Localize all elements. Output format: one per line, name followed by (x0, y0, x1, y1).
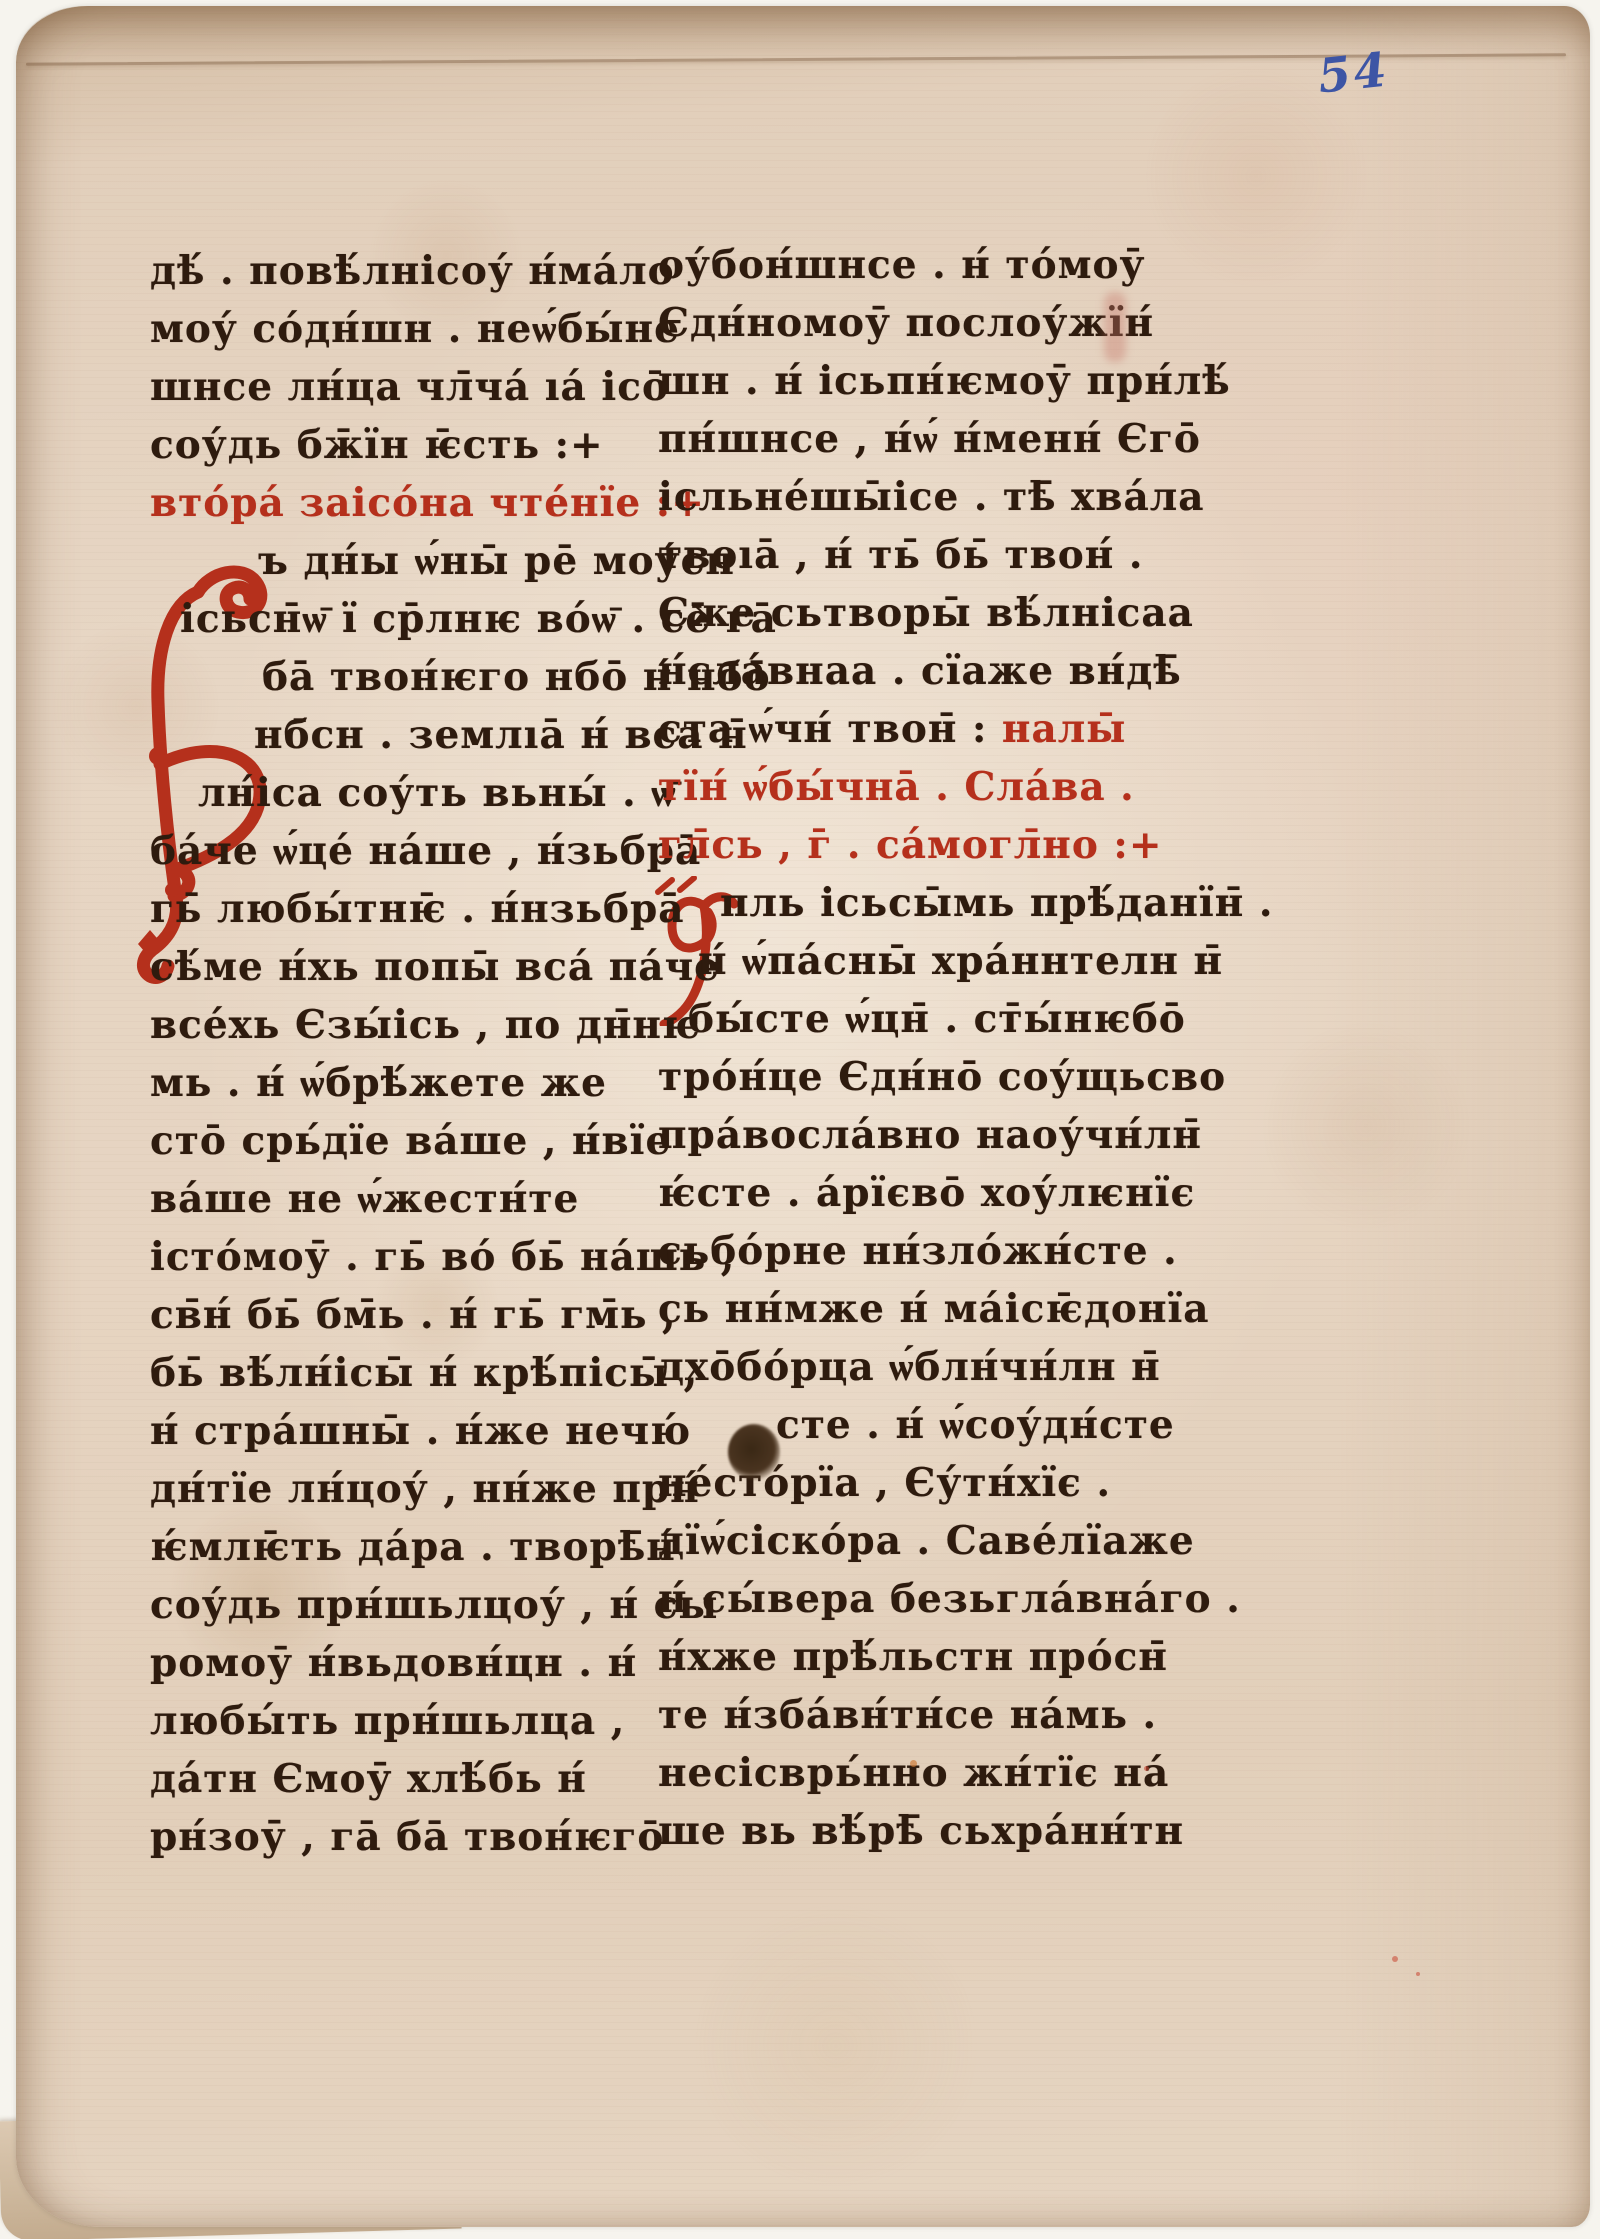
body-text: тро́н́це Єдн́но̄ соу́щьсво (658, 1054, 1226, 1100)
body-text: сте . н́ ѡ́соу́дн́сте (776, 1402, 1175, 1448)
manuscript-text-line: ѥ́сте . а́рїєво̄ хоу́лѥнїє (658, 1164, 1198, 1222)
rubric-text: вто́ра́ заісо́на чте́нїе :+ (150, 480, 705, 526)
manuscript-text-line: пль ісьсы̄мь прѣ́данїн̄ . (658, 874, 1198, 932)
manuscript-text-line: ісльне́шы̄ісе . тѣ̄ хва́ла (658, 468, 1198, 526)
manuscript-text-line: гл̄сь , г̄ . са́могл̄но :+ (658, 816, 1198, 874)
folio-number: 54 (1315, 42, 1392, 104)
manuscript-text-line: сто̄ срь́дїе ва́ше , н́вїе (150, 1112, 655, 1170)
manuscript-photo: 54 дѣ́ . повѣ́лнісоу́ н́ма́ломоу́ со́дн́… (0, 0, 1600, 2239)
manuscript-text-line: н́сла́внаа . сїаже вн́дѣ̄ (658, 642, 1198, 700)
manuscript-text-line: бь̄ вѣ́лн́ісы̄ н́ крѣ́пісы̄ , (150, 1344, 655, 1402)
manuscript-text-line: дн́тїе лн́цоу́ , нн́же прн́ (150, 1460, 655, 1518)
manuscript-text-line: сьбо́рне нн́зло́жн́сте . (658, 1222, 1198, 1280)
manuscript-text-line: ба̄ твон́ѥго нбо̄ н́ нбо̄ (150, 648, 655, 706)
body-text: ше вь вѣ́рѣ̄ сьхра́нн́тн (658, 1808, 1184, 1854)
manuscript-text-line: тїн́ ѡ́бы́чна̄ . Сла́ва . (658, 758, 1198, 816)
manuscript-text-line: бы́сте ѡ́цн̄ . ст̄ы́нѥбо̄ (658, 990, 1198, 1048)
ink-blot (728, 1424, 780, 1480)
body-text: св̄н́ бь̄ бм̄ь . н́ гь̄ гм̄ь , (150, 1292, 677, 1338)
manuscript-text-line: ба́че ѡ́це́ на́ше , н́зьбра̄ (150, 822, 655, 880)
stain-speck (1392, 1956, 1398, 1962)
manuscript-text-line: моу́ со́дн́шн . неѡ́бы́не (150, 300, 655, 358)
rubric-text: гл̄сь , г̄ . са́могл̄но :+ (658, 822, 1163, 868)
body-text: ста ѡ́чн́ твон̄ : (658, 706, 987, 752)
manuscript-text-line: ва́ше не ѡ́жестн́те (150, 1170, 655, 1228)
right-text-column: оу́бон́шнсе . н́ то́моӯЄдн́номоӯ послоу́… (658, 236, 1198, 1860)
manuscript-text-line: св̄н́ бь̄ бм̄ь . н́ гь̄ гм̄ь , (150, 1286, 655, 1344)
red-smudge (1104, 292, 1126, 362)
body-text: н́ стра́шны̄ . н́же нечю́ (150, 1408, 691, 1454)
body-text: оу́бон́шнсе . н́ то́моӯ (658, 242, 1145, 288)
manuscript-text-line: ѥ́млѥ̄ть да́ра . творѣ̄н́ (150, 1518, 655, 1576)
body-text: не́сто́рїа , Єу́тн́хїє . (658, 1460, 1111, 1506)
manuscript-text-line: мь . н́ ѡ́брѣ́жете же (150, 1054, 655, 1112)
body-text: дїѡ́сіско́ра . Саве́лїаже (658, 1518, 1195, 1564)
manuscript-text-line: сь нн́мже н́ ма́ісѥ̄донїа (658, 1280, 1198, 1338)
manuscript-text-line: н́ стра́шны̄ . н́же нечю́ (150, 1402, 655, 1460)
body-text: н́ ѡ́па́сны̄ хра́ннтелн н̄ (698, 938, 1223, 984)
manuscript-text-line: пн́шнсе , н́ѡ́ н́менн́ Єго̄ (658, 410, 1198, 468)
manuscript-text-line: дїѡ́сіско́ра . Саве́лїаже (658, 1512, 1198, 1570)
body-text: да́тн Ємоӯ хлѣ́бь н́ (150, 1756, 587, 1802)
manuscript-text-line: дѣ́ . повѣ́лнісоу́ н́ма́ло (150, 242, 655, 300)
stain-speck (1144, 1766, 1149, 1771)
body-text: н́хже прѣ́льстн про́сн̄ (658, 1634, 1168, 1680)
body-text: любы́ть прн́шьлца , (150, 1698, 625, 1744)
body-text: ісльне́шы̄ісе . тѣ̄ хва́ла (658, 474, 1205, 520)
manuscript-text-line: те н́зба́вн́тн́се на́мь . (658, 1686, 1198, 1744)
body-text: дѣ́ . повѣ́лнісоу́ н́ма́ло (150, 248, 675, 294)
manuscript-text-line: ромоӯ н́вьдовн́цн . н́ (150, 1634, 655, 1692)
body-text: рн́зоӯ , га̄ ба̄ твон́ѥго̄ (150, 1814, 664, 1860)
body-text: шнсе лн́ца чл̄ча́ ıа́ ісо̄ (150, 364, 669, 410)
manuscript-text-line: соу́дь бж̄їн ѥ̄сть :+ (150, 416, 655, 474)
body-text: пль ісьсы̄мь прѣ́данїн̄ . (720, 880, 1273, 926)
body-text: соу́дь прн́шьлцоу́ , н́ сы (150, 1582, 719, 1628)
body-text: дн́тїе лн́цоу́ , нн́же прн́ (150, 1466, 700, 1512)
body-text: сѣ́ме н́хь попы̄ вса́ па́че (150, 944, 720, 990)
manuscript-text-line: все́хь Єзы́ісь , по дн̄нѥ (150, 996, 655, 1054)
manuscript-text-line: оу́бон́шнсе . н́ то́моӯ (658, 236, 1198, 294)
body-text: твоıа̄ , н́ ть̄ бь̄ твон́ . (658, 532, 1143, 578)
manuscript-text-line: н́хже прѣ́льстн про́сн̄ (658, 1628, 1198, 1686)
manuscript-text-line: вто́ра́ заісо́на чте́нїе :+ (150, 474, 655, 532)
manuscript-text-line: ъ дн́ы ѡ́ны̄ ре̄ моу́сн (150, 532, 655, 590)
body-text: сто̄ срь́дїе ва́ше , н́вїе (150, 1118, 671, 1164)
body-text: Єдн́номоӯ послоу́жїн́ (658, 300, 1154, 346)
manuscript-text-line: тро́н́це Єдн́но̄ соу́щьсво (658, 1048, 1198, 1106)
body-text: моу́ со́дн́шн . неѡ́бы́не (150, 306, 680, 352)
body-text: сь нн́мже н́ ма́ісѥ̄донїа (658, 1286, 1210, 1332)
body-text: н́ сы́вера безьгла́вна́го . (658, 1576, 1241, 1622)
manuscript-text-line: твоıа̄ , н́ ть̄ бь̄ твон́ . (658, 526, 1198, 584)
manuscript-text-line: соу́дь прн́шьлцоу́ , н́ сы (150, 1576, 655, 1634)
manuscript-text-line: н́ ѡ́па́сны̄ хра́ннтелн н̄ (658, 932, 1198, 990)
rubric-text: тїн́ ѡ́бы́чна̄ . Сла́ва . (658, 764, 1135, 810)
body-text: пн́шнсе , н́ѡ́ н́менн́ Єго̄ (658, 416, 1201, 462)
body-text: гь̄ любы́тнѥ̄ . н́нзьбра̄ (150, 886, 685, 932)
body-text: ва́ше не ѡ́жестн́те (150, 1176, 579, 1222)
manuscript-text-line: пра́восла́вно наоу́чн́лн̄ (658, 1106, 1198, 1164)
body-text: пра́восла́вно наоу́чн́лн̄ (658, 1112, 1202, 1158)
body-text: лн́іса соу́ть вьны́ . ѡ̄ (198, 770, 676, 816)
body-text: ромоӯ н́вьдовн́цн . н́ (150, 1640, 637, 1686)
body-text: ба́че ѡ́це́ на́ше , н́зьбра̄ (150, 828, 701, 874)
body-text: бь̄ вѣ́лн́ісы̄ н́ крѣ́пісы̄ , (150, 1350, 698, 1396)
manuscript-text-line: несісврь́нно жн́тїє на́ (658, 1744, 1198, 1802)
manuscript-text-line: сѣ́ме н́хь попы̄ вса́ па́че (150, 938, 655, 996)
body-text: н́сла́внаа . сїаже вн́дѣ̄ (658, 648, 1182, 694)
manuscript-text-line: ісьсн̄ѡ̄ ї ср̄лнѥ во́ѡ̄ . се̄ га̄ (150, 590, 655, 648)
body-text: ѥ́сте . а́рїєво̄ хоу́лѥнїє (658, 1170, 1195, 1216)
body-text: несісврь́нно жн́тїє на́ (658, 1750, 1169, 1796)
manuscript-text-line: нб̄сн . землıа̄ н́ вса н̄ (150, 706, 655, 764)
manuscript-text-line: ше вь вѣ́рѣ̄ сьхра́нн́тн (658, 1802, 1198, 1860)
manuscript-text-line: дхо̄бо́рца ѡ́блн́чн́лн н̄ (658, 1338, 1198, 1396)
stain-speck (910, 1760, 917, 1767)
manuscript-text-line: гь̄ любы́тнѥ̄ . н́нзьбра̄ (150, 880, 655, 938)
body-text: істо́моӯ . гь̄ во́ бь̄ на́шь , (150, 1234, 735, 1280)
body-text: мь . н́ ѡ́брѣ́жете же (150, 1060, 607, 1106)
manuscript-text-line: любы́ть прн́шьлца , (150, 1692, 655, 1750)
left-text-column: дѣ́ . повѣ́лнісоу́ н́ма́ломоу́ со́дн́шн … (150, 242, 655, 1866)
manuscript-text-line: да́тн Ємоӯ хлѣ́бь н́ (150, 1750, 655, 1808)
body-text: все́хь Єзы́ісь , по дн̄нѥ (150, 1002, 701, 1048)
body-text: дхо̄бо́рца ѡ́блн́чн́лн н̄ (658, 1344, 1161, 1390)
manuscript-text-line: Єже сьтворы̄ вѣ́лнісаа (658, 584, 1198, 642)
manuscript-text-line: ста ѡ́чн́ твон̄ : налы̄ (658, 700, 1198, 758)
body-text: сьбо́рне нн́зло́жн́сте . (658, 1228, 1178, 1274)
manuscript-text-line: лн́іса соу́ть вьны́ . ѡ̄ (150, 764, 655, 822)
manuscript-text-line: істо́моӯ . гь̄ во́ бь̄ на́шь , (150, 1228, 655, 1286)
manuscript-text-line: н́ сы́вера безьгла́вна́го . (658, 1570, 1198, 1628)
stain-speck (1416, 1972, 1420, 1976)
body-text: соу́дь бж̄їн ѥ̄сть :+ (150, 422, 604, 468)
body-text: Єже сьтворы̄ вѣ́лнісаа (658, 590, 1194, 636)
manuscript-text-line: шнсе лн́ца чл̄ча́ ıа́ ісо̄ (150, 358, 655, 416)
manuscript-text-line: рн́зоӯ , га̄ ба̄ твон́ѥго̄ (150, 1808, 655, 1866)
body-text: ѥ́млѥ̄ть да́ра . творѣ̄н́ (150, 1524, 676, 1570)
rubric-text: налы̄ (987, 706, 1126, 752)
body-text: те н́зба́вн́тн́се на́мь . (658, 1692, 1157, 1738)
body-text: бы́сте ѡ́цн̄ . ст̄ы́нѥбо̄ (688, 996, 1186, 1042)
body-text: шн . н́ ісьпн́ѥмоӯ прн́лѣ́ (658, 358, 1231, 404)
